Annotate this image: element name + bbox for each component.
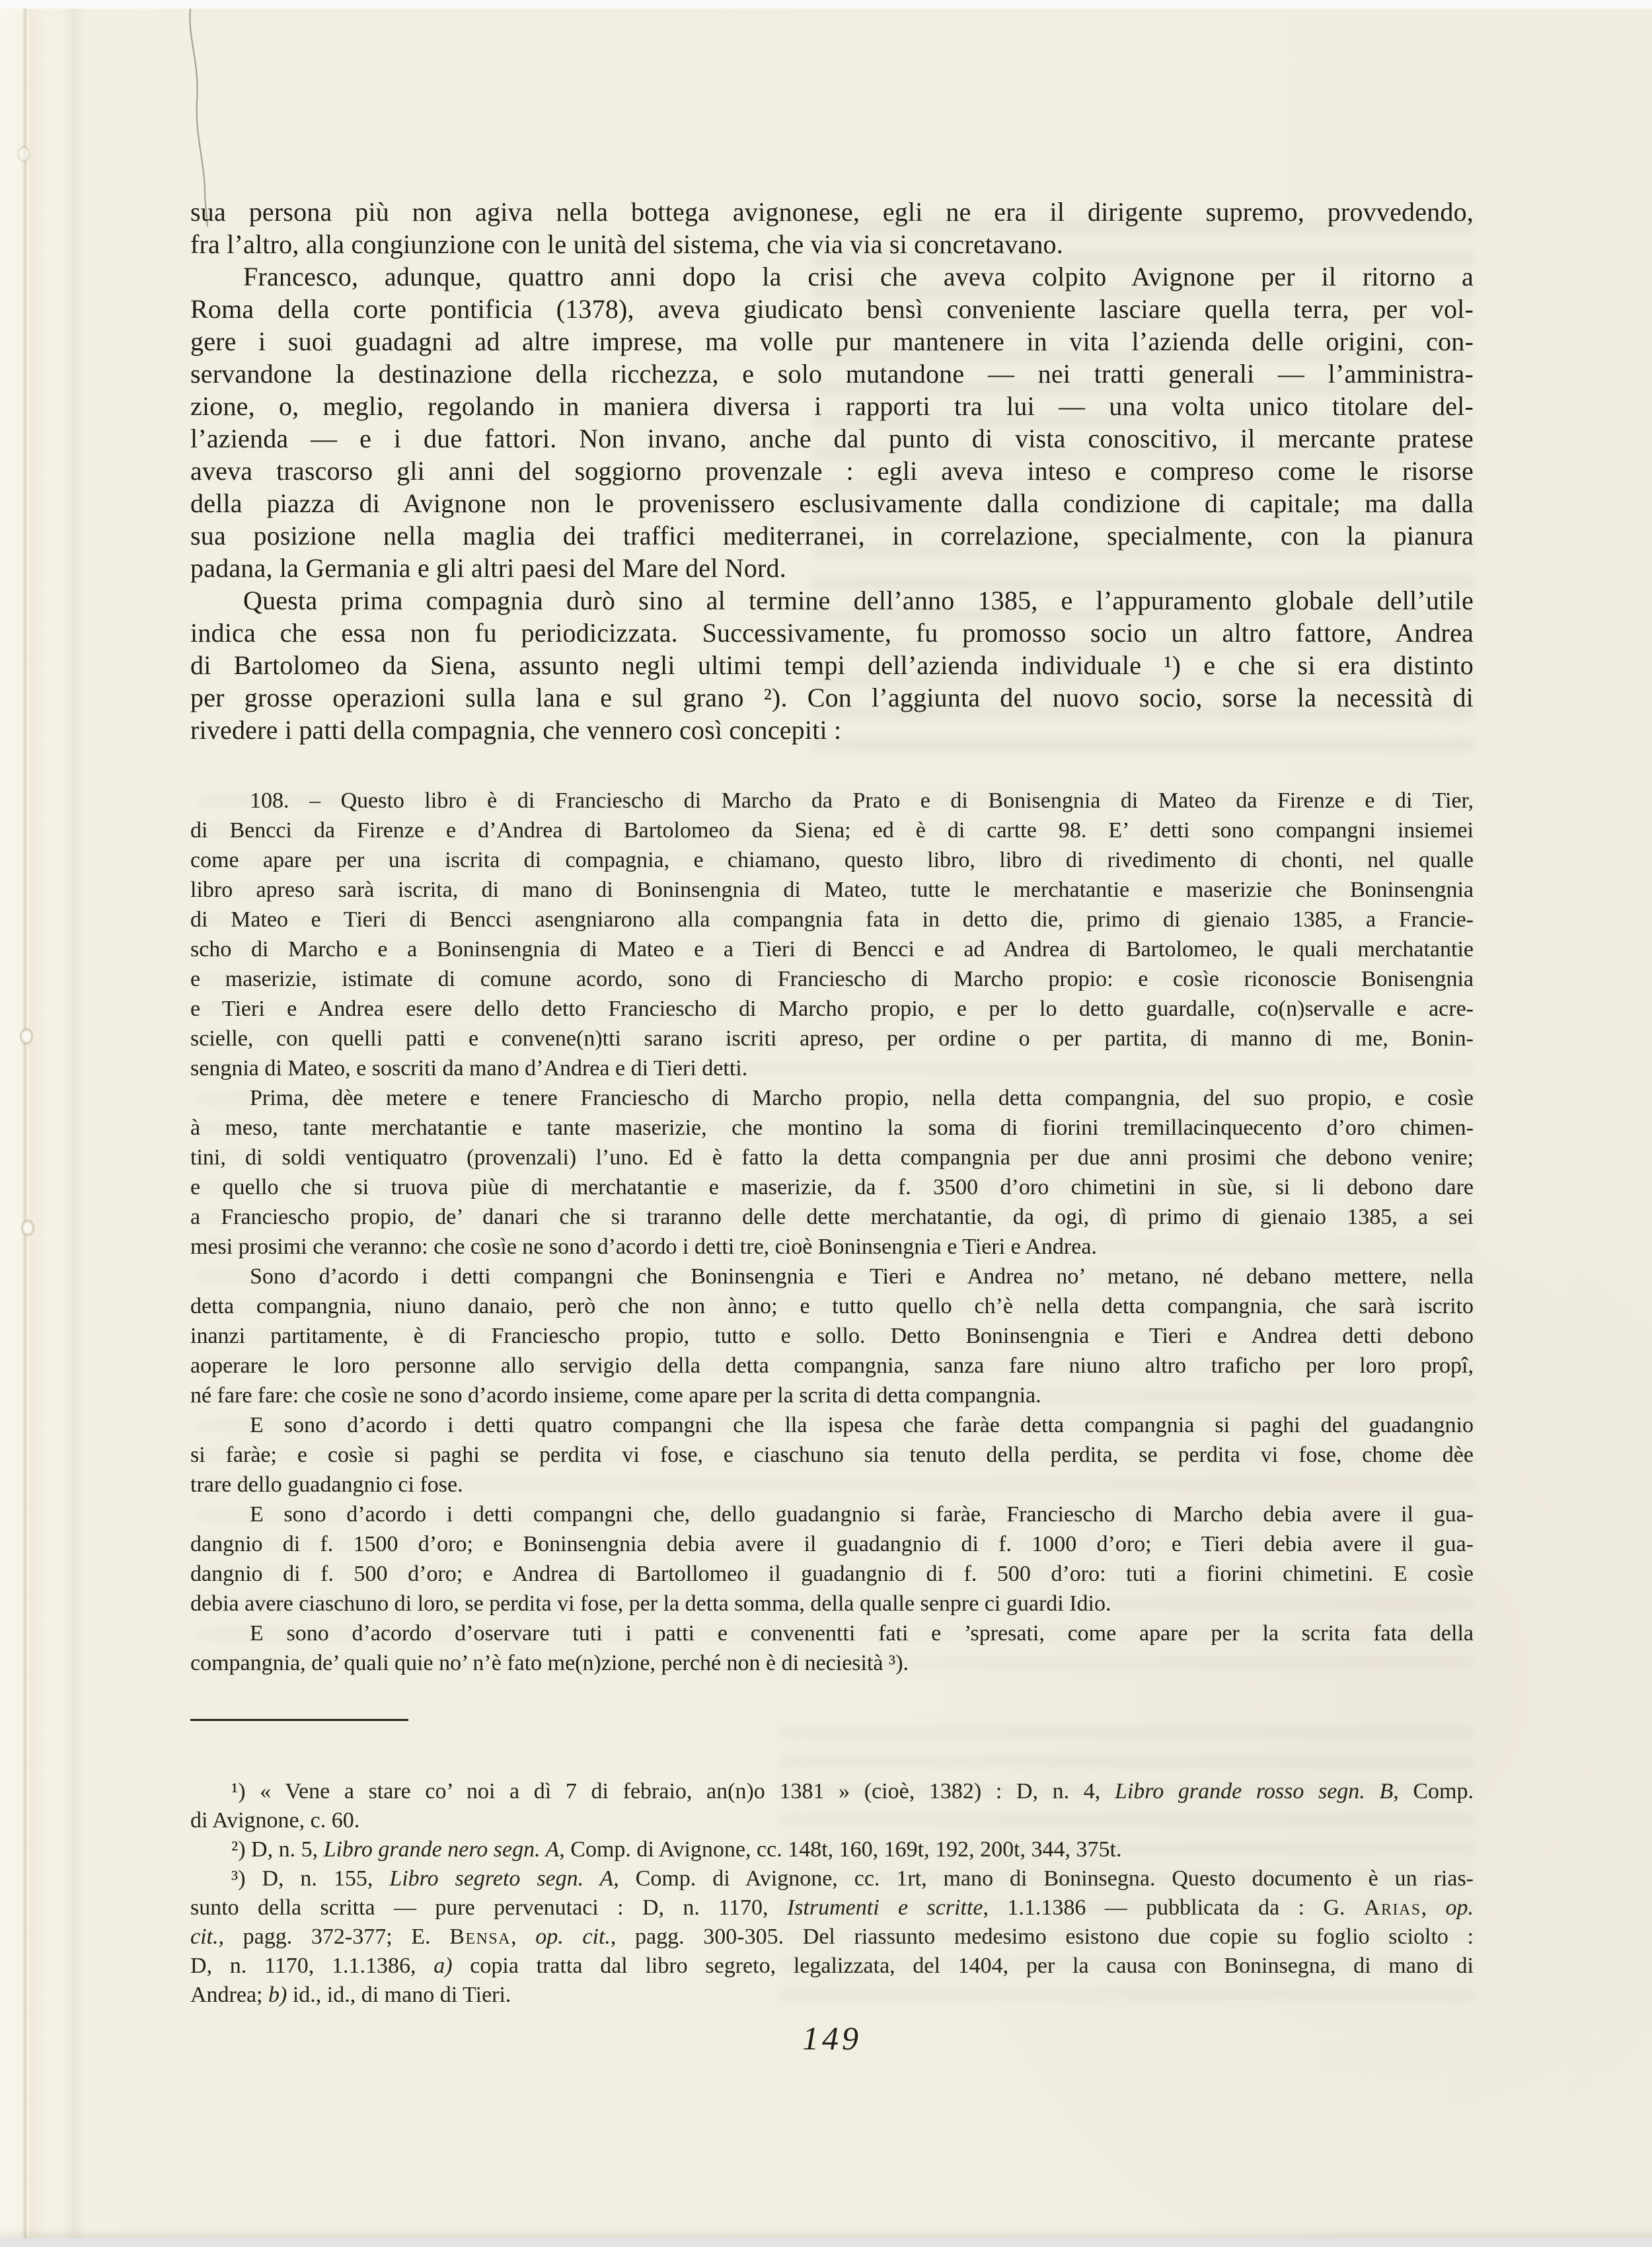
text-segment: , (1421, 1895, 1446, 1920)
text-segment: , Comp. (1393, 1779, 1474, 1804)
text-line: dangnio di f. 1500 d’oro; e Boninsengnia… (190, 1529, 1474, 1559)
text-segment: pagg. 372-377; E. (224, 1924, 449, 1949)
text-line: cit., pagg. 372-377; E. Bensa, op. cit.,… (190, 1923, 1474, 1952)
text-segment: , Comp. di Avignone, cc. 1rt, mano di Bo… (613, 1866, 1474, 1891)
text-segment: Istrumenti e scritte (787, 1895, 983, 1920)
paragraph: Sono d’acordo i detti compangni che Boni… (190, 1262, 1474, 1410)
paragraph: Questa prima compagnia durò sino al term… (190, 584, 1474, 746)
scanner-edge-bottom (0, 2238, 1652, 2247)
text-block: sua persona più non agiva nella bottega … (190, 196, 1474, 2055)
text-line: mesi prosimi che veranno: che cosìe ne s… (190, 1232, 1474, 1262)
paragraph: Prima, dèe metere e tenere Franciescho d… (190, 1083, 1474, 1262)
stitch-hole (19, 1026, 34, 1046)
text-line: di Avignone, c. 60. (190, 1806, 1474, 1835)
paragraph: Francesco, adunque, quattro anni dopo la… (190, 260, 1474, 584)
paper-tear-mark (180, 9, 226, 227)
text-segment: di Avignone, c. 60. (190, 1808, 359, 1833)
text-line: debia avere ciaschuno di loro, se perdit… (190, 1589, 1474, 1619)
text-line: per grosse operazioni sulla lana e sul g… (190, 681, 1474, 714)
text-line: sengnia di Mateo, e soscriti da mano d’A… (190, 1053, 1474, 1083)
text-segment: sunto della scritta — pure pervenutaci :… (190, 1895, 787, 1920)
footnote-2: ²) D, n. 5, Libro grande nero segn. A, C… (190, 1835, 1474, 1864)
paragraph: E sono d’acordo i detti compangni che, d… (190, 1500, 1474, 1619)
text-segment: Bensa (449, 1924, 511, 1949)
text-line: tini, di soldi ventiquatro (provenzali) … (190, 1143, 1474, 1172)
footnotes: ¹) « Vene a stare co’ noi a dì 7 di febr… (190, 1777, 1474, 2010)
text-line: né fare fare: che cosìe ne sono d’acordo… (190, 1381, 1474, 1410)
text-line: e quello che si truova piùe di merchatan… (190, 1172, 1474, 1202)
paragraph: 108. – Questo libro è di Franciescho di … (190, 786, 1474, 1083)
text-line: aveva trascorso gli anni del soggiorno p… (190, 455, 1474, 487)
text-line: della piazza di Avignone non le provenis… (190, 487, 1474, 519)
text-line: di Bencci da Firenze e d’Andrea di Barto… (190, 816, 1474, 845)
text-line: ¹) « Vene a stare co’ noi a dì 7 di febr… (190, 1777, 1474, 1806)
text-line: sunto della scritta — pure pervenutaci :… (190, 1893, 1474, 1923)
text-segment: , 1.1.1386 — pubblicata da : G. (983, 1895, 1364, 1920)
text-line: trare dello guadangnio ci fose. (190, 1470, 1474, 1500)
text-line: scielle, con quelli patti e convene(n)tt… (190, 1024, 1474, 1053)
scanned-book-page: { "page": { "number": "149", "paper_colo… (0, 0, 1652, 2247)
text-line: come apare per una iscrita di compagnia,… (190, 845, 1474, 875)
text-line: sua posizione nella maglia dei traffici … (190, 519, 1474, 552)
text-line: Roma della corte pontificia (1378), avev… (190, 293, 1474, 325)
text-segment: ¹) « Vene a stare co’ noi a dì 7 di febr… (231, 1779, 1115, 1804)
text-line: inanzi partitamente, è di Franciescho pr… (190, 1321, 1474, 1351)
text-line: Questa prima compagnia durò sino al term… (190, 584, 1474, 617)
text-segment: b) (268, 1983, 287, 2007)
text-line: E sono d’acordo i detti quatro compangni… (190, 1410, 1474, 1440)
text-segment: Libro grande rosso segn. B (1115, 1779, 1393, 1804)
stitch-hole (16, 144, 32, 164)
text-line: E sono d’acordo i detti compangni che, d… (190, 1500, 1474, 1529)
text-line: scho di Marcho e a Boninsengnia di Mateo… (190, 934, 1474, 964)
text-line: zione, o, meglio, regolando in maniera d… (190, 390, 1474, 422)
text-line: detta compangnia, niuno danaio, però che… (190, 1291, 1474, 1321)
text-line: e Tieri e Andrea esere dello detto Franc… (190, 994, 1474, 1024)
text-segment: cit., (190, 1924, 224, 1949)
text-line: servandone la destinazione della ricchez… (190, 358, 1474, 390)
text-line: compangnia, de’ quali quie no’ n’è fato … (190, 1648, 1474, 1678)
text-segment: Libro segreto segn. A (389, 1866, 613, 1891)
text-line: libro apreso sarà iscrita, di mano di Bo… (190, 875, 1474, 905)
text-segment: ³) D, n. 155, (231, 1866, 389, 1891)
text-line: si faràe; e cosìe si paghi se perdita vi… (190, 1440, 1474, 1470)
text-segment: op. cit. (535, 1924, 611, 1949)
text-segment: copia tratta dal libro segreto, legalizz… (453, 1954, 1474, 1978)
scanner-edge-top (0, 0, 1652, 9)
text-line: di Mateo e Tieri di Bencci asengniarono … (190, 905, 1474, 934)
paragraph: E sono d’acordo d’oservare tuti i patti … (190, 1619, 1474, 1678)
footnote-1: ¹) « Vene a stare co’ noi a dì 7 di febr… (190, 1777, 1474, 1835)
text-line: l’azienda — e i due fattori. Non invano,… (190, 422, 1474, 455)
text-line: Andrea; b) id., id., di mano di Tieri. (190, 1981, 1474, 2010)
text-segment: , (511, 1924, 535, 1949)
text-segment: Andrea; (190, 1983, 268, 2007)
footnote-rule (190, 1719, 408, 1721)
text-segment: id., id., di mano di Tieri. (287, 1983, 511, 2007)
transcribed-document-108: 108. – Questo libro è di Franciescho di … (190, 786, 1474, 1678)
fold-shading (63, 9, 86, 2238)
text-segment: D, n. 1170, 1.1.1386, (190, 1954, 433, 1978)
text-line: E sono d’acordo d’oservare tuti i patti … (190, 1619, 1474, 1648)
paragraph: E sono d’acordo i detti quatro compangni… (190, 1410, 1474, 1500)
text-line: aoperare le loro personne allo servigio … (190, 1351, 1474, 1381)
text-line: Sono d’acordo i detti compangni che Boni… (190, 1262, 1474, 1291)
text-line: ³) D, n. 155, Libro segreto segn. A, Com… (190, 1864, 1474, 1893)
text-line: sua persona più non agiva nella bottega … (190, 196, 1474, 228)
text-segment: a) (433, 1954, 452, 1978)
text-line: ²) D, n. 5, Libro grande nero segn. A, C… (190, 1835, 1474, 1864)
text-line: fra l’altro, alla congiunzione con le un… (190, 228, 1474, 260)
footnote-3: ³) D, n. 155, Libro segreto segn. A, Com… (190, 1864, 1474, 2010)
binding-crease (22, 9, 29, 2238)
text-segment: ²) D, n. 5, (231, 1837, 324, 1862)
text-line: Prima, dèe metere e tenere Franciescho d… (190, 1083, 1474, 1113)
text-line: padana, la Germania e gli altri paesi de… (190, 552, 1474, 584)
text-line: 108. – Questo libro è di Franciescho di … (190, 786, 1474, 816)
text-line: D, n. 1170, 1.1.1386, a) copia tratta da… (190, 1952, 1474, 1981)
text-segment: , Comp. di Avignone, cc. 148t, 160, 169t… (559, 1837, 1121, 1862)
paragraph: sua persona più non agiva nella bottega … (190, 196, 1474, 260)
page-number: 149 (190, 2022, 1474, 2055)
paper-edge-shadow (0, 2227, 1652, 2238)
text-line: gere i suoi guadagni ad altre imprese, m… (190, 325, 1474, 358)
text-segment: op. (1446, 1895, 1474, 1920)
main-text: sua persona più non agiva nella bottega … (190, 196, 1474, 746)
text-line: Francesco, adunque, quattro anni dopo la… (190, 260, 1474, 293)
text-line: rivedere i patti della compagnia, che ve… (190, 714, 1474, 746)
text-segment: Libro grande nero segn. A (324, 1837, 560, 1862)
stitch-hole (20, 1218, 36, 1238)
text-line: di Bartolomeo da Siena, assunto negli ul… (190, 649, 1474, 681)
text-line: e maserizie, istimate di comune acordo, … (190, 964, 1474, 994)
text-segment: , pagg. 300-305. Del riassunto medesimo … (611, 1924, 1474, 1949)
text-line: indica che essa non fu periodicizzata. S… (190, 617, 1474, 649)
text-line: dangnio di f. 500 d’oro; e Andrea di Bar… (190, 1559, 1474, 1589)
text-segment: Arias (1364, 1895, 1421, 1920)
text-line: a Franciescho propio, de’ danari che si … (190, 1202, 1474, 1232)
text-line: à meso, tante merchatantie e tante maser… (190, 1113, 1474, 1143)
